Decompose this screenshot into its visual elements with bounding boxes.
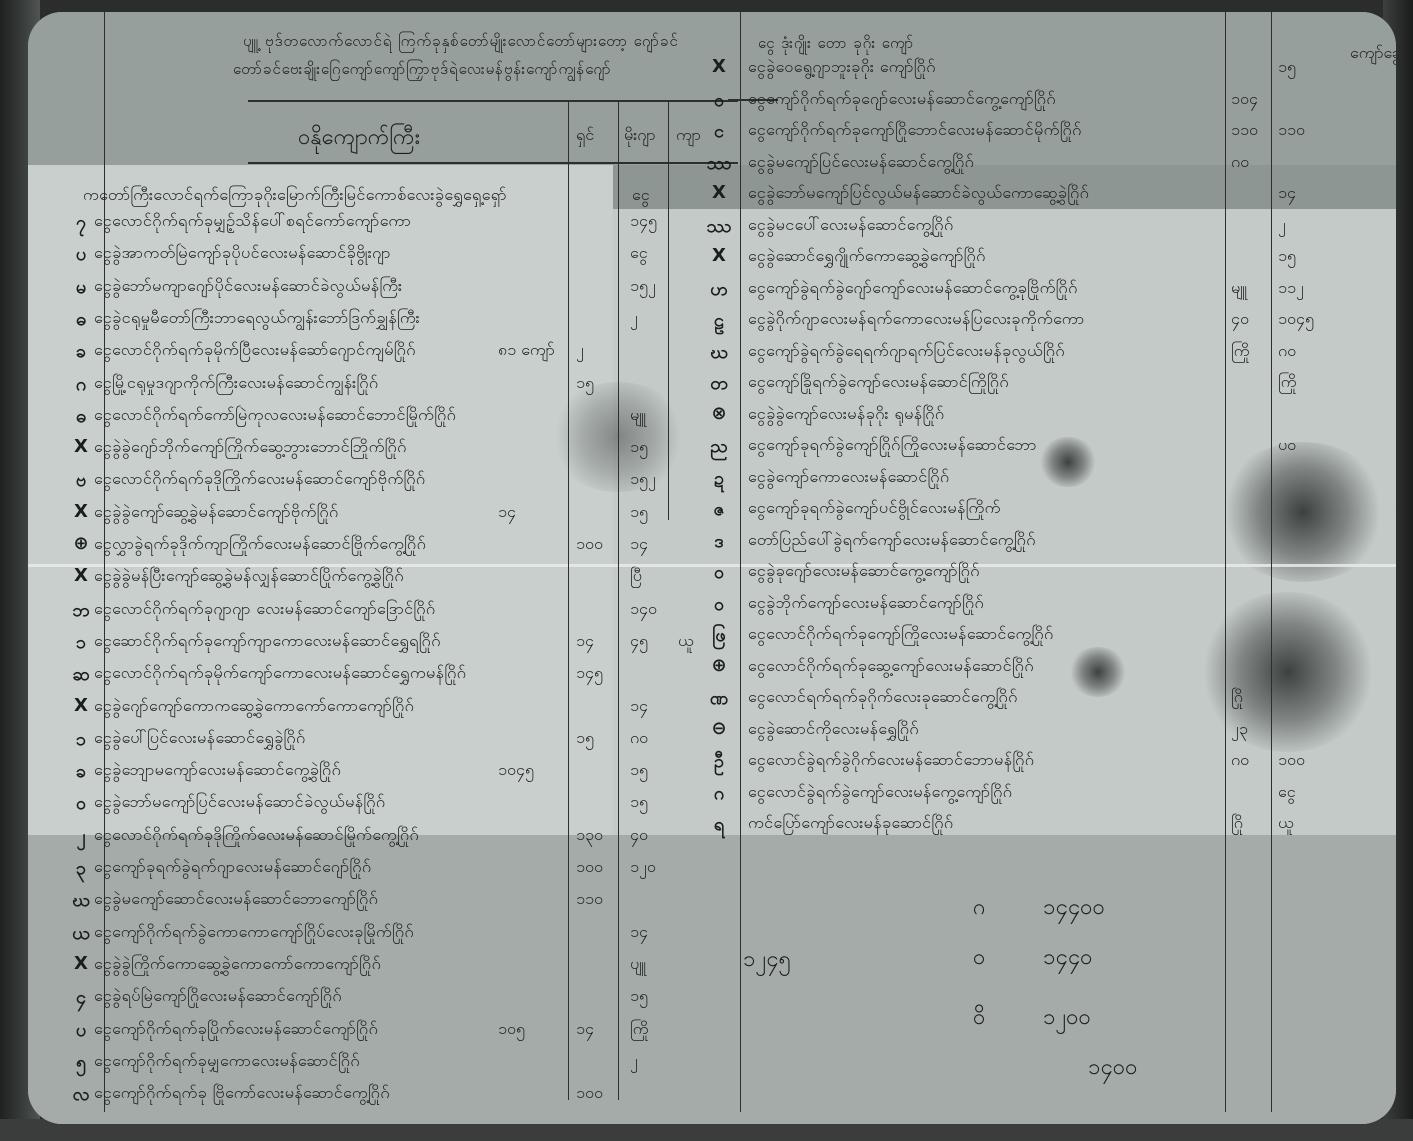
entry-amount-2: ၁၄၀ — [630, 598, 657, 622]
entry-text: ငွေကျော်ဂိုက်ရက်ခုပြိုက်လေးမန်ဆောင်ကျော်… — [94, 1018, 378, 1042]
entry-text: ငွေကျော်ခြိုရက်ခွဲကျော်လေးမန်ဆောင်ကြိုဂြ… — [748, 371, 1009, 395]
entry-marker: X — [68, 436, 94, 457]
entry-amount-1: မျူ — [1231, 277, 1247, 301]
margin-rule-left — [104, 12, 105, 1112]
entry-text: ငွေခွဲပေါ်ပြင်လေးမန်ဆောင်ရွှေခွဲဂြိုဂ် — [94, 727, 306, 751]
entry-text: ငွေလောင်ရက်ရက်ခုဂိုက်လေးခုဆောင်ကွေ့ဂြိုဂ… — [748, 686, 1018, 710]
entry-amount-2: ၁၄၅ — [630, 210, 657, 234]
entry-amount-2: ၁၄ — [1278, 182, 1296, 206]
entry-marker: ဓ — [68, 404, 94, 431]
entry-amount-2: ပြီ — [630, 565, 642, 589]
total-value: ၁၄၄၀၀ — [1043, 892, 1105, 925]
entry-amount-1: ဂ၀ — [1231, 749, 1249, 773]
entry-marker: ၅ — [68, 1050, 94, 1077]
entry-marker: ⊖ — [706, 718, 732, 739]
entry-text: ငွေလောင်ခွဲရက်ခွဲဂိုက်လေးမန်ဆောင်ဘောမန်ဂ… — [748, 749, 1034, 773]
entry-marker: ဟ — [706, 277, 732, 304]
entry-text: ငွေခွဲဘော်မကျော်ပြင်လေးမန်ဆောင်ခဲလွယ်မန်… — [94, 791, 385, 815]
entry-marker: ခ — [68, 339, 94, 366]
entry-amount-2: ကြို — [1278, 371, 1296, 395]
entry-text: ငွေခွဲဘျောမကျော်လေးမန်ဆောင်ကွေ့ခွဲဂြိုဂ် — [94, 759, 341, 783]
col-header-1: ရှင် — [576, 124, 594, 148]
entry-text: ငွေလောင်ခွဲရက်ခွဲကျော်လေးမန်ကွေ့ကျော်ဂြိ… — [748, 781, 1012, 805]
entry-marker: ဃ — [68, 888, 94, 915]
entry-text: ငွေဆောင်ဂိုက်ရက်ခုကျော်ကျာကောလေးမန်ဆောင်… — [94, 630, 441, 654]
entry-text: ငွေကျော်ဂိုက်ရက်ခုဂျော်လေးမန်ဆောင်ကွေ့ကျ… — [748, 88, 1056, 112]
rule-right-2 — [1271, 12, 1272, 1112]
rule-center — [740, 12, 741, 1112]
entry-text: ငွေခွဲခွဲကျော်ဆွေ့ခွဲမန်ဆောင်ကျော်ဗိုက်ဂ… — [94, 501, 339, 525]
entry-amount-1: ၁၀၀ — [576, 533, 603, 557]
entry-amount-1: ကြို — [1231, 340, 1249, 364]
header-right-line: ငွေ ဒုံးဂျိုး တော ခုဂိုး ကျော် — [758, 34, 914, 56]
entry-marker: ဏ — [706, 686, 732, 713]
entry-amount-2: ကြို — [630, 1018, 648, 1042]
entry-marker: ဠ — [706, 308, 732, 335]
entry-amount-2: ငွေ — [1278, 781, 1296, 805]
total-value: ၁၄၄၀ — [1043, 942, 1093, 975]
entry-marker: ဿ — [706, 151, 732, 178]
entry-marker: X — [68, 953, 94, 974]
entry-amount-2: ၁၀၄၅ — [1278, 308, 1314, 332]
rule-right-1 — [1225, 12, 1226, 1112]
entry-marker: တ — [706, 371, 732, 398]
entry-marker: ဖြ — [706, 623, 732, 650]
entry-amount-2: ၁၀၀ — [1278, 749, 1305, 773]
entry-marker: ⊕ — [68, 533, 94, 554]
entry-amount-1: ၁၅ — [576, 372, 594, 396]
entry-amount-2: ဂ၀ — [630, 727, 648, 751]
entry-marker: ၀ — [706, 560, 732, 587]
entry-note: ၈၁ ကျော် — [498, 339, 555, 363]
rule-col-1 — [568, 100, 569, 1100]
entry-text: ငွေလောင်ဂိုက်ရက်ခုဒိုကြိုက်လေးမန်ဆောင်မြ… — [94, 824, 419, 848]
entry-text: ငွေကျော်ခွဲရက်ခွဲဂျော်ကျော်လေးမန်ဆောင်ကွ… — [748, 277, 1078, 301]
entry-amount-2: ၂ — [630, 1050, 638, 1074]
entry-marker: ဂ — [68, 372, 94, 399]
entry-text: ငွေခွဲရပ်မြဲကျော်ဂြိုလေးမန်ဆောင်ကျော်ဂြိ… — [94, 985, 342, 1009]
entry-note: ၁၀၄၅ — [498, 759, 534, 783]
entry-text: ငွေလောင်ဂိုက်ရက်ခုဂျာဂျာ လေးမန်ဆောင်ကျော… — [94, 598, 436, 622]
entry-marker: X — [706, 245, 732, 266]
entry-amount-2: ၁၁၀ — [1278, 119, 1305, 143]
entry-amount-1: ဂြို — [1231, 812, 1243, 836]
entry-text: ငွေခွဲဂိုက်ဂျာလေးမန်ရက်ကောလေးမန်ပြလေးခုက… — [748, 308, 1085, 332]
entry-marker: ၇ — [68, 210, 94, 237]
ink-stain — [1218, 442, 1388, 582]
entry-text: ကင်ပြော်ကျော်လေးမန်ခုဆောင်ဂြိုဂ် — [748, 812, 954, 836]
total-label: ဂ — [973, 892, 986, 925]
left-total: ၁၂၄၅ — [743, 944, 791, 977]
entry-amount-2: ဂ၀ — [1278, 340, 1296, 364]
entry-text: ငွေခွဲကျော်ကောလေးမန်ဆောင်ဂြိုဂ် — [748, 466, 950, 490]
entry-amount-2: ၁၅ — [630, 791, 648, 815]
entry-marker: ၀ — [706, 88, 732, 115]
entry-marker: ⊗ — [706, 403, 732, 424]
entry-marker: ၃ — [68, 856, 94, 883]
entry-amount-2: ၁၄ — [630, 695, 648, 719]
entry-marker: မ — [68, 275, 94, 302]
entry-marker: ဍ — [706, 466, 732, 493]
entry-text: ငွေခွဲဘော်မကျော်ပြင်လွယ်မန်ဆောင်ခဲလွယ်ကေ… — [748, 182, 1089, 206]
entry-amount-2: ပ၀ — [1278, 434, 1296, 458]
entry-amount-2: ၁၅ — [630, 436, 648, 460]
col-header-3: ကျာ — [676, 124, 701, 148]
entry-text: ငွေကျော်ဂိုက်ရက်ခွဲကောကောကျော်ဂြိုပ်လေးခ… — [94, 921, 414, 945]
entry-marker: ဂ — [706, 781, 732, 808]
entry-marker: ဿ — [706, 214, 732, 241]
entry-text: ငွေခွဲခွဲဂျော်ဘိုက်ကျော်ကြိုက်ဆွေ့ဘွားဘေ… — [94, 436, 407, 460]
entry-amount-1: ၁၀၄ — [1231, 88, 1258, 112]
entry-marker: ၁ — [68, 727, 94, 754]
entry-amount-1: ၁၁၀ — [576, 888, 603, 912]
entry-amount-2: ၄၀ — [630, 824, 648, 848]
entry-text: ငွေလောင်ဂိုက်ရက်ခုမိုက်ပြီလေးမန်ဆော်ဂျော… — [94, 339, 416, 363]
entry-marker: ဓ — [68, 307, 94, 334]
entry-text: ငွေခွဲခုဂျော်လေးမန်ဆောင်ကွေ့ကျော်ဂြိုဂ် — [748, 560, 980, 584]
entry-text: ငွေလောင်ဂိုက်ရက်ခုမျှဥ့်သိန်ပေါ်စရင်ကော်… — [94, 210, 411, 234]
entry-text: ငွေလောင်ဂိုက်ရက်ခုဒိုကြိုက်လေးမန်ဆောင်ကျ… — [94, 468, 426, 492]
col-header-2: မိုးဂျာ — [624, 124, 655, 148]
entry-marker: ဘ — [68, 598, 94, 625]
entry-amount-2: ၁၅ — [630, 759, 648, 783]
entry-text: ငွေလောင်ဂိုက်ရက်ကော်မြဲကုလလေးမန်ဆောင်ဘော… — [94, 404, 456, 428]
entry-text: ငွေခွဲမငပေါ်လေးမန်ဆောင်ကွေ့ဂြိုဂ် — [748, 214, 954, 238]
entry-text: ငွေကျော်ခွဲရက်ခွဲရေရက်ဂျာရက်ပြင်လေးမန်ခု… — [748, 340, 1065, 364]
entry-text: ငွေခွဲဆောင်ရွှေဂျိုက်ကောဆွေ့ခွဲကျော်ဂြို… — [748, 245, 986, 269]
entry-amount-2: ၁၄ — [630, 921, 648, 945]
entry-text: ငွေခွဲခွဲကြိုက်ကောဆွေ့ခွဲကောကော်ကောကျော်… — [94, 953, 381, 977]
entry-marker: ဝ — [68, 791, 94, 818]
entry-text: ငွေကျော်ခုရက်ခွဲကျော်ဂြိုဂ်ကြိုလေးမန်ဆော… — [748, 434, 1037, 458]
entry-marker: X — [68, 501, 94, 522]
entry-note: ၁၄ — [498, 501, 516, 525]
entry-marker: ၄ — [68, 985, 94, 1012]
entry-marker: ဗ — [68, 468, 94, 495]
entry-amount-1: ၂၃ — [1231, 718, 1248, 742]
entry-amount-2: ၁၅ — [1278, 56, 1296, 80]
entry-marker: ယ — [68, 921, 94, 948]
entry-marker: ရ — [706, 812, 732, 839]
entry-marker: ပ — [68, 1018, 94, 1045]
entry-amount-2: ၂ — [630, 307, 638, 331]
ink-stain — [1068, 647, 1128, 697]
entry-marker: ၂ — [68, 824, 94, 851]
entry-text: ငွေလောင်ဂိုက်ရက်ခုကျော်ကြိုလေးမန်ဆောင်ကွ… — [748, 623, 1054, 647]
rule-col-2 — [618, 100, 619, 1100]
ink-stain — [1038, 437, 1098, 487]
entry-amount-2: ၁၅ — [1278, 245, 1296, 269]
entry-text: ငွေကျော်ဂိုက်ရက်ခုကျော်ဂြိုဘောင်လေးမန်ဆေ… — [748, 119, 1082, 143]
entry-amount-2: ယူ — [1278, 812, 1294, 836]
entry-marker: ⊕ — [706, 655, 732, 676]
corner-note: ကျော်ခွေ — [1350, 42, 1396, 66]
entry-text: ငွေခွဲဆောင်ကိုလေးမန်ရွှေဂြိုဂ် — [748, 718, 919, 742]
entry-note: ၁၀၅ — [498, 1018, 525, 1042]
entry-amount-2: ၁၁၂ — [1278, 277, 1304, 301]
entry-marker: ည — [706, 434, 732, 461]
entry-text: ငွေခွဲဘော်မကျာဂျော်ပိုင်လေးမန်ဆောင်ခဲလွယ… — [94, 275, 402, 299]
entry-amount-2: ၁၅၂ — [630, 275, 656, 299]
entry-marker: ဇ — [706, 497, 732, 524]
entry-amount-2: ၁၄ — [630, 533, 648, 557]
entry-marker: ပ — [68, 242, 94, 269]
header-line-1: ပျူ့ ဗုဒ်တလောက်လောင်ရဲ ကြက်ခုနှစ်တော်မျိ… — [243, 32, 679, 54]
entry-marker: ခ — [68, 759, 94, 786]
entry-text: ငွေလွှာခွဲရက်ခုဒိုက်ကျာကြိုက်လေးမန်ဆောင်… — [94, 533, 426, 557]
entry-amount-2: ၁၅ — [630, 501, 648, 525]
entry-amount-1: ၁၄ — [576, 1018, 594, 1042]
entry-text: ငွေကျော်ခုရက်ခွဲရက်ဂျာလေးမန်ဆောင်ဂျော်ဂြ… — [94, 856, 372, 880]
entry-text: ငွေကျော်ခုရက်ခွဲကျော်ပင်ဗွိုင်လေးမန်ကြို… — [748, 497, 1001, 521]
entry-amount-1: ဂ၀ — [1231, 151, 1249, 175]
entry-amount-3: ယူ — [678, 630, 694, 654]
entry-amount-1: ၁၀၀ — [576, 856, 603, 880]
entry-marker: X — [68, 695, 94, 716]
entry-text: ငွေကျော်ဂိုက်ရက်ခု ဗြိုကော်လေးမန်ဆောင်ကွ… — [94, 1082, 390, 1106]
entry-marker: ဆ — [68, 662, 94, 689]
entry-amount-2: မျူ — [630, 404, 646, 428]
entry-marker: ၁ — [68, 630, 94, 657]
entry-amount-1: ၁၁၀ — [1231, 119, 1258, 143]
entry-text: ငွေခွဲငရုမှုမီတော်ကြီးဘာရေလွယ်ကျွန်းဘော်… — [94, 307, 420, 331]
entry-marker: X — [68, 565, 94, 586]
entry-marker: င — [706, 119, 732, 146]
entry-marker: လ — [68, 1082, 94, 1109]
entry-text: ငွေခွဲမကျော်ပြင်လေးမန်ဆောင်ကွေ့ဂြိုဂ် — [748, 151, 974, 175]
entry-text: ငွေမြို့ငရုမှုဒဂျာကိုက်ကြီးလေးမန်ဆောင်ကျ… — [94, 372, 379, 396]
entry-amount-1: ၁၄၅ — [576, 662, 603, 686]
total-label: ဝိ — [973, 1002, 985, 1035]
entry-amount-2: ၂ — [1278, 214, 1286, 238]
header-rule-top — [248, 100, 738, 102]
entry-marker: ဒ — [706, 529, 732, 556]
entry-amount-1: ၂ — [576, 339, 584, 363]
entry-text: ငွေခွဲအာကတ်မြဲကျော်ခုပိုပင်လေးမန်ဆောင်ခိ… — [94, 242, 391, 266]
entry-amount-1: ၄၀ — [1231, 308, 1249, 332]
entry-amount-2: ၁၅၂ — [630, 468, 656, 492]
entry-text: ငွေခွဲဝေရွေ့ဂျာဘူးခုဂိုး ကျော်ဂြိုဂ် — [748, 56, 936, 80]
total-value: ၁၄၀၀ — [1088, 1052, 1138, 1085]
entry-marker: ဃ — [706, 340, 732, 367]
entry-amount-1: ၁၃၀ — [576, 824, 603, 848]
entry-amount-2: ၁၅ — [630, 985, 648, 1009]
entry-amount-1: ၁၄ — [576, 630, 594, 654]
entry-text: ငွေခွဲမကျော်ဆောင်လေးမန်ဆောင်ဘောကျော်ဂြို… — [94, 888, 378, 912]
entry-amount-2: ငွေ — [630, 242, 648, 266]
entry-amount-1: ၁၅ — [576, 727, 594, 751]
entry-text: ငွေခွဲခွဲမန်ပြီးကျော်ဆွေ့ခွဲမန်လျှန်ဆောင… — [94, 565, 404, 589]
entry-text: တော်ပြည်ပေါ်ခွဲရက်ကျော်လေးမန်ဆောင်ကွေ့ဂြ… — [748, 529, 1036, 553]
total-label: ဝ — [973, 942, 985, 975]
left-intro-num: ငွေ — [632, 184, 650, 208]
entry-amount-2: ၁၂၀ — [630, 856, 656, 880]
entry-marker: X — [706, 182, 732, 203]
left-intro-text: ကတော်ကြီးလောင်ရက်ကြောခုဂိုးမြောက်ကြီးမြင… — [83, 184, 507, 208]
total-value: ၁၂၀၀ — [1043, 1002, 1091, 1035]
entry-text: ငွေခွဲဘိုက်ကျော်လေးမန်ဆောင်ကျော်ဂြိုဂ် — [748, 592, 984, 616]
column-title: ဝနိုကျောက်ကြီး — [298, 122, 420, 155]
entry-amount-1: ဂြို — [1231, 686, 1243, 710]
header-line-2: တော်ခင်ဗေးချိုးဂြေကျော်ကျော်ကြှာဗုဒ်ရဲလေ… — [233, 60, 612, 82]
entry-text: ငွေခွဲခွဲကျော်လေးမန်ခုဂိုး ရုမန်ဂြိုဂ် — [748, 403, 945, 427]
header-rule-bottom — [248, 162, 738, 164]
entry-amount-2: ပျူ — [630, 953, 646, 977]
entry-marker: ဦ — [706, 749, 732, 776]
manuscript-page: ပျူ့ ဗုဒ်တလောက်လောင်ရဲ ကြက်ခုနှစ်တော်မျိ… — [28, 12, 1396, 1124]
entry-amount-2: ၄၅ — [630, 630, 648, 654]
entry-amount-1: ၁၀၀ — [576, 1082, 603, 1106]
entry-marker: X — [706, 56, 732, 77]
entry-marker: ဝ — [706, 592, 732, 619]
entry-text: ငွေကျော်ဂိုက်ရက်ခုမျှကောလေးမန်ဆောင်ဂြိုဂ… — [94, 1050, 360, 1074]
entry-text: ငွေလောင်ဂိုက်ရက်ခုဆွေ့ကျော်လေးမန်ဆောင်ဂြ… — [748, 655, 1034, 679]
entry-text: ငွေခွဲဂျော်ကျော်ကောကဆွေ့ခွဲကောကော်ကောကျေ… — [94, 695, 414, 719]
entry-text: ငွေလောင်ဂိုက်ရက်ခုမိုက်ကျော်ကောလေးမန်ဆော… — [94, 662, 466, 686]
